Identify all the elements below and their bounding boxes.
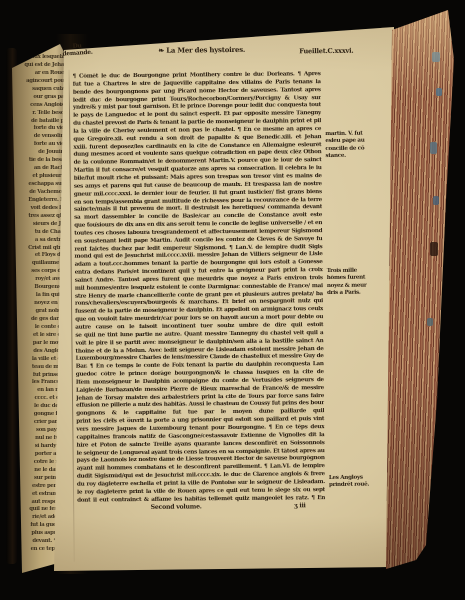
page-marker-fleck [432,52,440,62]
volume-label: Second volume. [150,503,202,511]
page-content: Du demande. ❧ La Mer des hystoires. Fuei… [57,18,408,582]
text-line: concille de cō [325,145,369,153]
text-line: dris a Paris. [327,289,371,297]
text-line: prindrēt rouē. [329,482,373,490]
margin-note-three-thousand-drowned: Trois millehōmes furentnoyez & meurdris … [327,268,371,298]
signature-mark: ʒ iii [294,502,318,509]
gutter-margin-note: Du demande. [57,42,98,58]
page-marker-fleck [427,318,433,326]
text-line: noyez & meur [327,282,371,290]
dark-knot [430,242,438,256]
running-title: ❧ La Mer des hystoires. [158,46,244,55]
page-marker-fleck [436,88,442,96]
book-photo: seaux lesquelzqui est de Jehāar en Rouēa… [0,0,465,600]
margin-note-english-took-rouen: Les Angloysprindrēt rouē. [329,475,373,490]
margin-note-martin-v: martin. V. futesleu pape auconcille de c… [325,131,369,161]
text-line: stance. [325,152,369,160]
gutter-note-line: demande. [57,49,97,58]
text-line: hōmes furent [327,275,371,283]
main-text-block: ¶ Cōmēt le duc de Bourgongne print Montl… [73,71,326,505]
page-marker-fleck [430,142,437,154]
text-line: esleu pape au [325,138,369,146]
folio-number: Fueillet.C.xxxvi. [283,47,353,56]
page-marker-fleck [433,196,439,205]
